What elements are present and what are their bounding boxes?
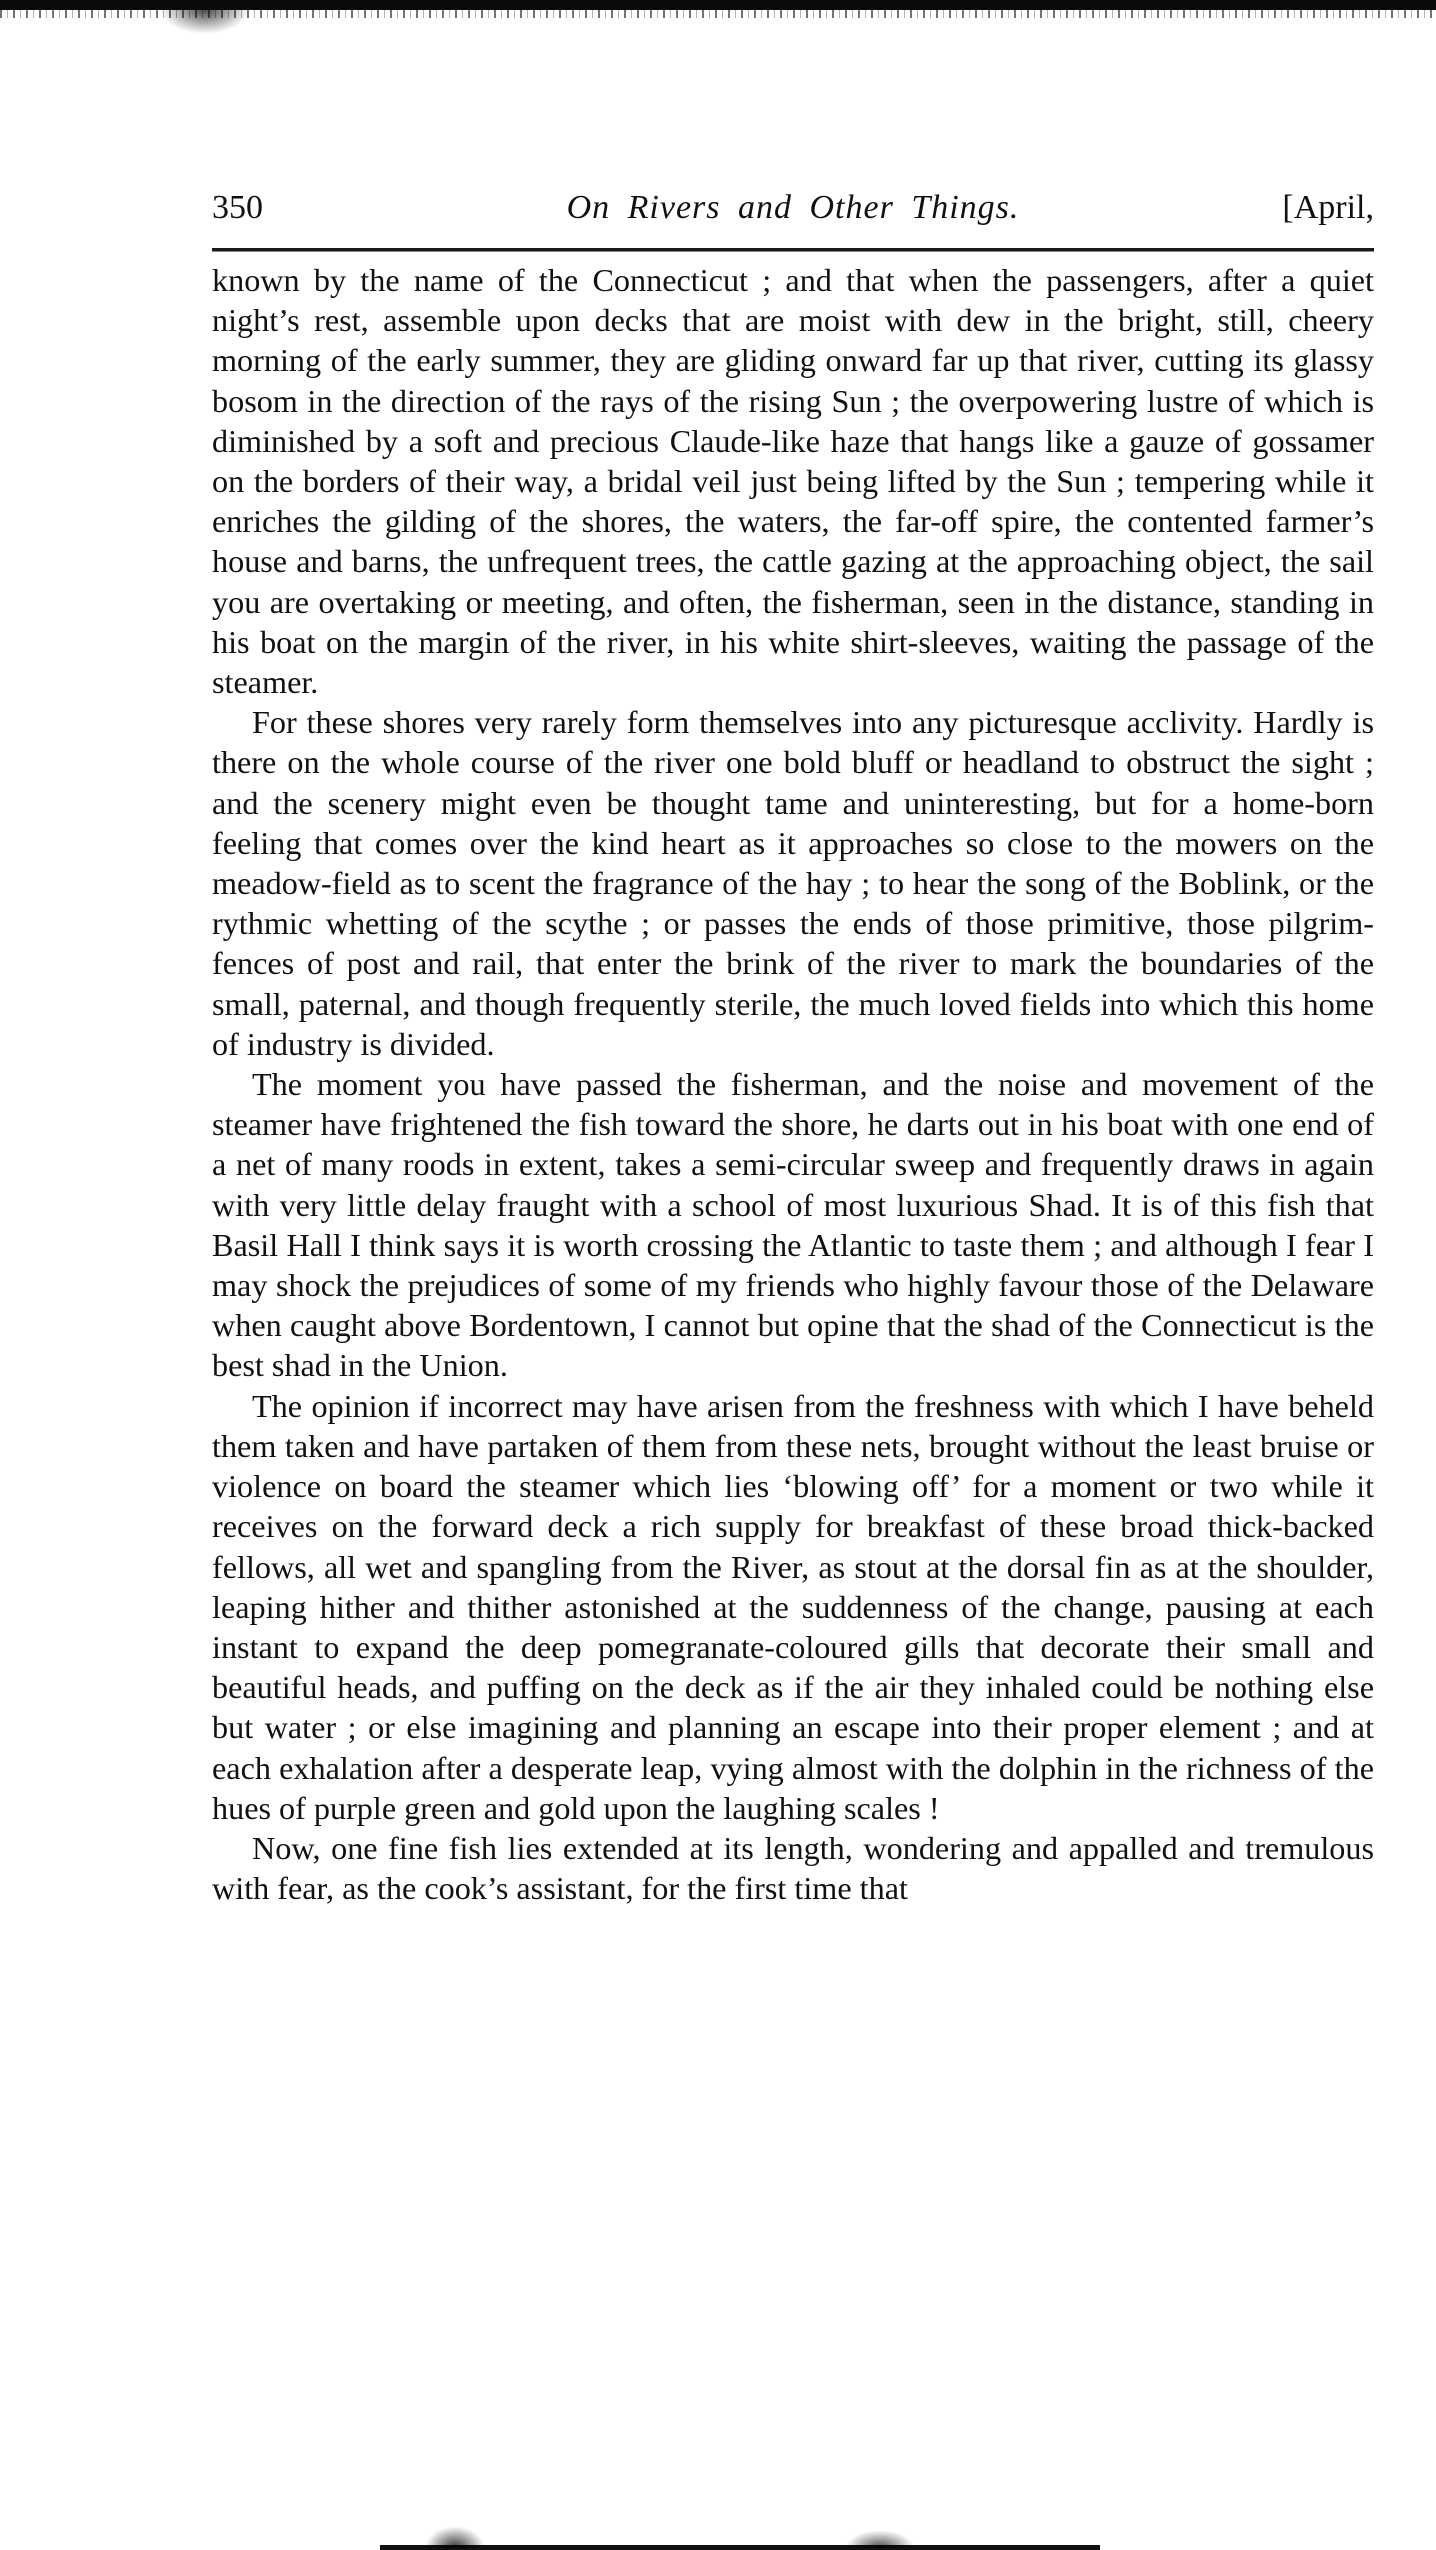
running-title: On Rivers and Other Things. [212, 180, 1374, 236]
scan-smudge [160, 10, 250, 34]
paragraph-4: The opinion if incorrect may have arisen… [212, 1386, 1374, 1828]
paragraph-1: known by the name of the Connecticut ; a… [212, 260, 1374, 702]
paragraph-3: The moment you have passed the fisherman… [212, 1064, 1374, 1386]
running-head: 350 On Rivers and Other Things. [April, [212, 180, 1374, 236]
paragraph-2: For these shores very rarely form themse… [212, 702, 1374, 1064]
header-rule [212, 248, 1374, 252]
scan-smudge [845, 2530, 915, 2548]
scan-edge-bottom [380, 2545, 1100, 2550]
paragraph-5: Now, one fine fish lies extended at its … [212, 1828, 1374, 1908]
scan-smudge [425, 2526, 485, 2548]
running-date-marker: [April, [1282, 180, 1374, 236]
scan-edge-top [0, 0, 1436, 10]
book-page: 350 On Rivers and Other Things. [April, … [212, 180, 1374, 1908]
body-text: known by the name of the Connecticut ; a… [212, 260, 1374, 1908]
